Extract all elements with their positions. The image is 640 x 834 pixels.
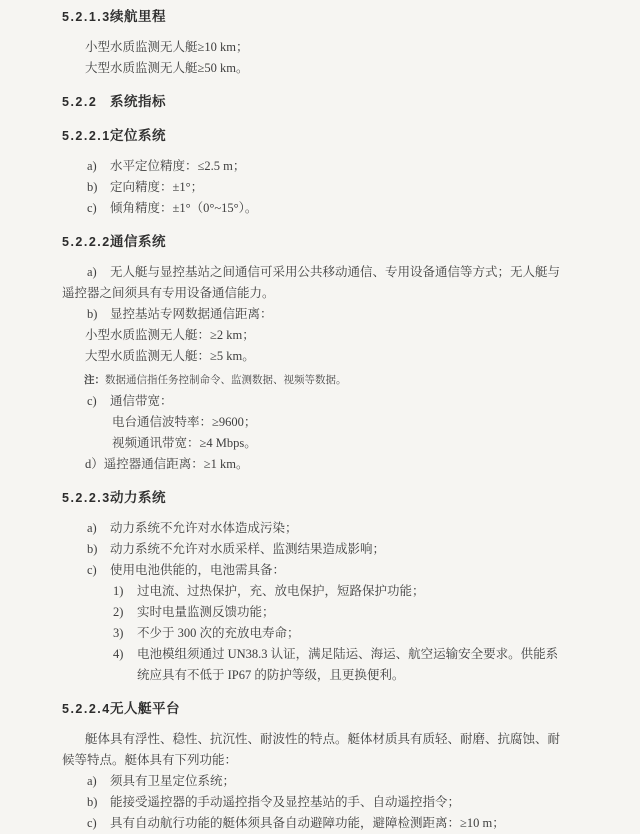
doc-line: 统应具有不低于 IP67 的防护等级，且更换便利。 bbox=[62, 665, 640, 686]
list-item: c)具有自动航行功能的艇体须具备自动避障功能，避障检测距离：≥10 m； bbox=[62, 813, 640, 834]
sub-list-item: 4)电池模组须通过 UN38.3 认证，满足陆运、海运、航空运输安全要求。供能系 bbox=[62, 644, 640, 665]
section-5-2-2: 5.2.2 系统指标 bbox=[62, 91, 640, 113]
list-label: c) bbox=[87, 198, 110, 219]
section-heading: 5.2.2.1 定位系统 bbox=[62, 125, 640, 147]
section-heading: 5.2.1.3 续航里程 bbox=[62, 6, 640, 28]
section-title: 无人艇平台 bbox=[110, 698, 180, 719]
list-label: b) bbox=[87, 177, 110, 198]
list-text: 水平定位精度：≤2.5 m； bbox=[110, 159, 245, 173]
section-5-2-2-3: 5.2.2.3 动力系统 a)动力系统不允许对水体造成污染； b)动力系统不允许… bbox=[62, 487, 640, 686]
section-heading: 5.2.2.3 动力系统 bbox=[62, 487, 640, 509]
doc-line: 小型水质监测无人艇≥10 km； bbox=[62, 37, 640, 58]
list-label: b) bbox=[87, 792, 110, 813]
list-label: a) bbox=[87, 156, 110, 177]
list-label: b) bbox=[87, 539, 110, 560]
list-text: 使用电池供能的，电池需具备： bbox=[110, 563, 285, 577]
list-label: a) bbox=[87, 262, 110, 283]
list-item: a)须具有卫星定位系统； bbox=[62, 771, 640, 792]
list-label: a) bbox=[87, 518, 110, 539]
list-label: a) bbox=[87, 771, 110, 792]
list-item: b)显控基站专网数据通信距离： bbox=[62, 304, 640, 325]
sub-list-item: 2)实时电量监测反馈功能； bbox=[62, 602, 640, 623]
list-text: 具有自动航行功能的艇体须具备自动避障功能，避障检测距离：≥10 m； bbox=[110, 816, 505, 830]
list-text: 倾角精度：±1°（0°~15°）。 bbox=[110, 201, 257, 215]
doc-line: 小型水质监测无人艇：≥2 km； bbox=[62, 325, 640, 346]
doc-line: 电台通信波特率：≥9600； bbox=[62, 412, 640, 433]
list-label: 4) bbox=[113, 644, 137, 665]
list-item: b)动力系统不允许对水质采样、监测结果造成影响； bbox=[62, 539, 640, 560]
section-title: 动力系统 bbox=[110, 487, 166, 508]
list-text: 定向精度：±1°； bbox=[110, 180, 203, 194]
note-label: 注： bbox=[84, 375, 105, 386]
section-number: 5.2.1.3 bbox=[62, 7, 110, 28]
list-label: c) bbox=[87, 560, 110, 581]
section-number: 5.2.2.4 bbox=[62, 699, 110, 720]
list-label: b) bbox=[87, 304, 110, 325]
list-item: c)倾角精度：±1°（0°~15°）。 bbox=[62, 198, 640, 219]
list-label: 1) bbox=[113, 581, 137, 602]
note-line: 注：数据通信指任务控制命令、监测数据、视频等数据。 bbox=[62, 370, 640, 391]
list-text: 显控基站专网数据通信距离： bbox=[110, 307, 273, 321]
list-label: 3) bbox=[113, 623, 137, 644]
document-page: 5.2.1.3 续航里程 小型水质监测无人艇≥10 km； 大型水质监测无人艇≥… bbox=[0, 0, 640, 834]
section-title: 续航里程 bbox=[110, 6, 166, 27]
list-text: 无人艇与显控基站之间通信可采用公共移动通信、专用设备通信等方式；无人艇与 bbox=[110, 265, 560, 279]
list-text: 过电流、过热保护，充、放电保护，短路保护功能； bbox=[137, 584, 425, 598]
section-number: 5.2.2 bbox=[62, 92, 110, 113]
section-number: 5.2.2.2 bbox=[62, 232, 110, 253]
list-text: 能接受遥控器的手动遥控指令及显控基站的手、自动遥控指令； bbox=[110, 795, 460, 809]
list-text: 实时电量监测反馈功能； bbox=[137, 605, 275, 619]
list-item: b)能接受遥控器的手动遥控指令及显控基站的手、自动遥控指令； bbox=[62, 792, 640, 813]
section-title: 系统指标 bbox=[110, 91, 166, 112]
doc-line: 视频通讯带宽：≥4 Mbps。 bbox=[62, 433, 640, 454]
section-heading: 5.2.2 系统指标 bbox=[62, 91, 640, 113]
doc-line: 大型水质监测无人艇≥50 km。 bbox=[62, 58, 640, 79]
doc-line: d）遥控器通信距离：≥1 km。 bbox=[62, 454, 640, 475]
section-number: 5.2.2.3 bbox=[62, 488, 110, 509]
list-item: b)定向精度：±1°； bbox=[62, 177, 640, 198]
doc-line: 大型水质监测无人艇：≥5 km。 bbox=[62, 346, 640, 367]
section-5-2-1-3: 5.2.1.3 续航里程 小型水质监测无人艇≥10 km； 大型水质监测无人艇≥… bbox=[62, 6, 640, 79]
list-item: c)使用电池供能的，电池需具备： bbox=[62, 560, 640, 581]
section-heading: 5.2.2.4 无人艇平台 bbox=[62, 698, 640, 720]
list-text: 通信带宽： bbox=[110, 394, 173, 408]
list-text: 动力系统不允许对水体造成污染； bbox=[110, 521, 298, 535]
section-title: 通信系统 bbox=[110, 231, 166, 252]
section-5-2-2-4: 5.2.2.4 无人艇平台 艇体具有浮性、稳性、抗沉性、耐波性的特点。艇体材质具… bbox=[62, 698, 640, 834]
list-text: 电池模组须通过 UN38.3 认证，满足陆运、海运、航空运输安全要求。供能系 bbox=[137, 647, 558, 661]
list-label: c) bbox=[87, 813, 110, 834]
list-label: 2) bbox=[113, 602, 137, 623]
section-5-2-2-1: 5.2.2.1 定位系统 a)水平定位精度：≤2.5 m； b)定向精度：±1°… bbox=[62, 125, 640, 219]
list-item: c)通信带宽： bbox=[62, 391, 640, 412]
list-text: 不少于 300 次的充放电寿命； bbox=[137, 626, 300, 640]
list-item: a)无人艇与显控基站之间通信可采用公共移动通信、专用设备通信等方式；无人艇与 bbox=[62, 262, 640, 283]
section-number: 5.2.2.1 bbox=[62, 126, 110, 147]
sub-list-item: 1)过电流、过热保护，充、放电保护，短路保护功能； bbox=[62, 581, 640, 602]
section-title: 定位系统 bbox=[110, 125, 166, 146]
section-heading: 5.2.2.2 通信系统 bbox=[62, 231, 640, 253]
paragraph-line: 艇体具有浮性、稳性、抗沉性、耐波性的特点。艇体材质具有质轻、耐磨、抗腐蚀、耐 bbox=[62, 729, 640, 750]
list-item: a)水平定位精度：≤2.5 m； bbox=[62, 156, 640, 177]
list-text: 须具有卫星定位系统； bbox=[110, 774, 235, 788]
list-label: c) bbox=[87, 391, 110, 412]
doc-line: 遥控器之间须具有专用设备通信能力。 bbox=[62, 283, 640, 304]
list-text: 动力系统不允许对水质采样、监测结果造成影响； bbox=[110, 542, 385, 556]
list-item: a)动力系统不允许对水体造成污染； bbox=[62, 518, 640, 539]
note-text: 数据通信指任务控制命令、监测数据、视频等数据。 bbox=[105, 375, 347, 386]
sub-list-item: 3)不少于 300 次的充放电寿命； bbox=[62, 623, 640, 644]
paragraph-line: 候等特点。艇体具有下列功能： bbox=[62, 750, 640, 771]
section-5-2-2-2: 5.2.2.2 通信系统 a)无人艇与显控基站之间通信可采用公共移动通信、专用设… bbox=[62, 231, 640, 475]
